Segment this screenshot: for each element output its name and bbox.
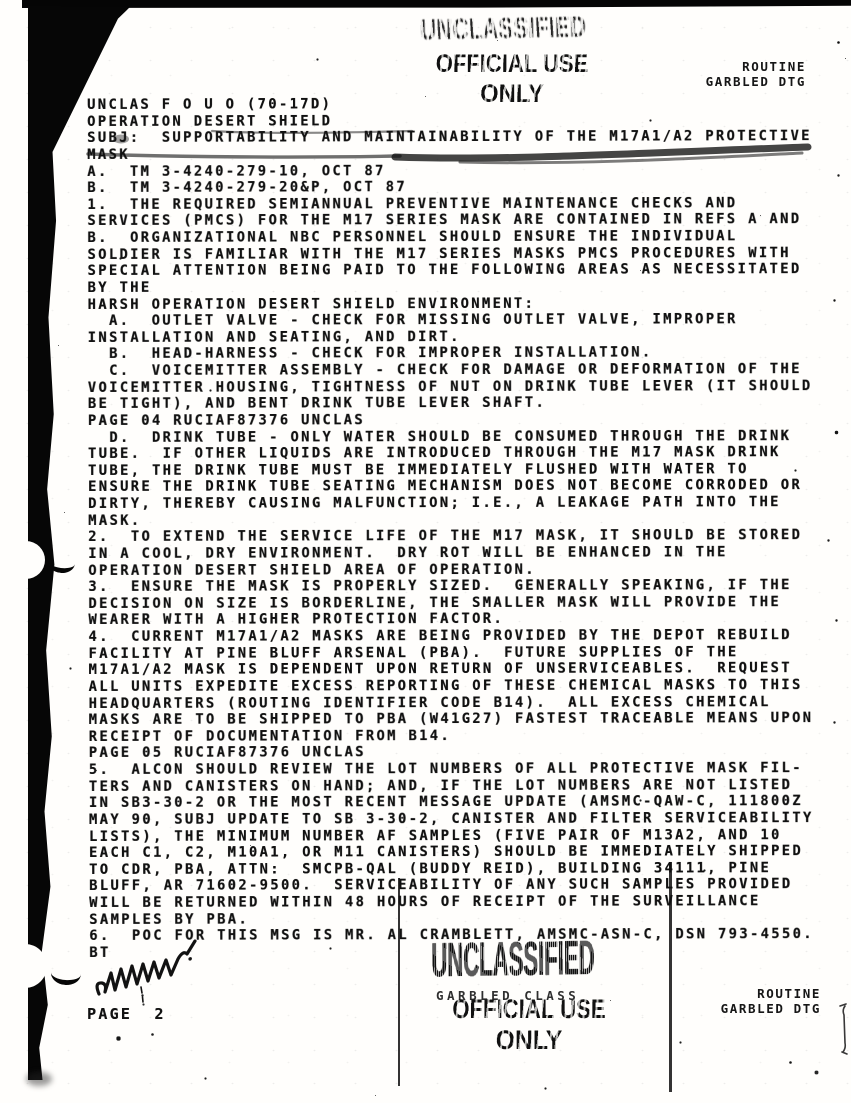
document-text-line: MASK [87, 145, 837, 164]
document-text-line: TUBE. IF OTHER LIQUIDS ARE INTRODUCED TH… [88, 444, 838, 463]
document-text-line: SERVICES (PMCS) FOR THE M17 SERIES MASK … [87, 211, 837, 230]
document-text-line: ALL UNITS EXPEDITE EXCESS REPORTING OF T… [89, 677, 839, 696]
document-text-line: VOICEMITTER HOUSING, TIGHTNESS OF NUT ON… [88, 378, 838, 397]
document-text-line: PAGE 05 RUCIAF87376 UNCLAS [89, 743, 839, 762]
document-text-line: OPERATION DESERT SHIELD [87, 112, 837, 131]
document-text-line: 4. CURRENT M17A1/A2 MASKS ARE BEING PROV… [88, 627, 838, 646]
document-text-line: HARSH OPERATION DESERT SHIELD ENVIRONMEN… [88, 295, 838, 314]
document-text-line: SAMPLES BY PBA. [89, 910, 839, 929]
message-body: UNCLAS F O U O (70-17D)OPERATION DESERT … [87, 95, 839, 961]
document-text-line: DIRTY, THEREBY CAUSING MALFUNCTION; I.E.… [88, 494, 838, 513]
unclassified-stamp-bottom: UNCLASSIFIED [431, 929, 594, 988]
document-text-line: DECISION ON SIZE IS BORDERLINE, THE SMAL… [88, 594, 838, 613]
binder-hole-top [7, 541, 45, 579]
document-text-line: 2. TO EXTEND THE SERVICE LIFE OF THE M17… [88, 527, 838, 546]
scan-edge-fade [26, 1072, 52, 1086]
routing-block-top: ROUTINE GARBLED DTG [706, 59, 806, 89]
garbled-dtg-label: GARBLED DTG [706, 74, 806, 89]
document-text-line: OPERATION DESERT SHIELD AREA OF OPERATIO… [88, 561, 838, 580]
scan-artifact-squiggle [840, 1004, 847, 1054]
official-use-only-stamp-bottom: OFFICIAL USE ONLY [424, 994, 634, 1056]
scan-edge-top-bar [22, 0, 851, 8]
document-text-line: EACH C1, C2, M10A1, OR M11 CANISTERS) SH… [89, 843, 839, 862]
garbled-dtg-label: GARBLED DTG [721, 1001, 821, 1016]
document-text-line: B. TM 3-4240-279-20&P, OCT 87 [87, 178, 837, 197]
routine-label: ROUTINE [721, 986, 821, 1001]
document-text-line: IN SB3-30-2 OR THE MOST RECENT MESSAGE U… [89, 793, 839, 812]
routing-block-bottom: ROUTINE GARBLED DTG [721, 986, 821, 1016]
official-use-line: OFFICIAL USE [415, 50, 609, 79]
document-text-line: SOLDIER IS FAMILIAR WITH THE M17 SERIES … [87, 245, 837, 264]
document-text-line: WILL BE RETURNED WITHIN 48 HOURS OF RECE… [89, 893, 839, 912]
document-text-line: BLUFF, AR 71602-9500. SERVICEABILITY OF … [89, 876, 839, 895]
document-text-line: PAGE 04 RUCIAF87376 UNCLAS [88, 411, 838, 430]
document-text-line: MASKS ARE TO BE SHIPPED TO PBA (W41G27) … [89, 710, 839, 729]
scan-noise-speckles [0, 0, 1, 1]
page-number-label: PAGE 2 [87, 1005, 166, 1023]
document-text-line: BY THE [87, 278, 837, 297]
document-text-line: B. ORGANIZATIONAL NBC PERSONNEL SHOULD E… [87, 228, 837, 247]
document-text-line: M17A1/A2 MASK IS DEPENDENT UPON RETURN O… [88, 660, 838, 679]
document-text-line: B. HEAD-HARNESS - CHECK FOR IMPROPER INS… [88, 344, 838, 363]
unclassified-stamp-top: UNCLASSIFIED [420, 11, 586, 47]
document-text-line: WEARER WITH A HIGHER PROTECTION FACTOR. [88, 610, 838, 629]
document-text-line: HEADQUARTERS (ROUTING IDENTIFIER CODE B1… [89, 694, 839, 713]
official-use-line: OFFICIAL USE [443, 994, 615, 1025]
document-text-line: ENSURE THE DRINK TUBE SEATING MECHANISM … [88, 477, 838, 496]
document-text-line: D. DRINK TUBE - ONLY WATER SHOULD BE CON… [88, 428, 838, 447]
document-text-line: TO CDR, PBA, ATTN: SMCPB-QAL (BUDDY REID… [89, 860, 839, 879]
document-text-line: 1. THE REQUIRED SEMIANNUAL PREVENTIVE MA… [87, 195, 837, 214]
document-text-line: UNCLAS F O U O (70-17D) [87, 95, 837, 114]
document-text-line: A. OUTLET VALVE - CHECK FOR MISSING OUTL… [88, 311, 838, 330]
document-text-line: C. VOICEMITTER ASSEMBLY - CHECK FOR DAMA… [88, 361, 838, 380]
document-text-line: 3. ENSURE THE MASK IS PROPERLY SIZED. GE… [88, 577, 838, 596]
document-text-line: A. TM 3-4240-279-10, OCT 87 [87, 162, 837, 181]
only-line: ONLY [432, 1025, 625, 1056]
document-text-line: SPECIAL ATTENTION BEING PAID TO THE FOLL… [87, 261, 837, 280]
document-text-line: RECEIPT OF DOCUMENTATION FROM B14. [89, 727, 839, 746]
document-text-line: 5. ALCON SHOULD REVIEW THE LOT NUMBERS O… [89, 760, 839, 779]
fold-line-left [398, 878, 400, 1086]
document-text-line: SUBJ: SUPPORTABILITY AND MAINTAINABILITY… [87, 128, 837, 147]
document-text-line: IN A COOL, DRY ENVIRONMENT. DRY ROT WILL… [88, 544, 838, 563]
binder-hole-bottom [3, 944, 47, 988]
binder-hole-shadow-bottom [50, 961, 82, 986]
document-text-line: BE TIGHT), AND BENT DRINK TUBE LEVER SHA… [88, 394, 838, 413]
fold-line-right [669, 862, 672, 1092]
scanned-document-page: UNCLASSIFIED OFFICIAL USE ONLY ROUTINE G… [0, 0, 851, 1103]
document-text-line: TERS AND CANISTERS ON HAND; AND, IF THE … [89, 777, 839, 796]
document-text-line: INSTALLATION AND SEATING, AND DIRT. [88, 328, 838, 347]
document-text-line: LISTS), THE MINIMUM NUMBER AF SAMPLES (F… [89, 827, 839, 846]
document-text-line: MAY 90, SUBJ UPDATE TO SB 3-30-2, CANIST… [89, 810, 839, 829]
document-text-line: FACILITY AT PINE BLUFF ARSENAL (PBA). FU… [88, 644, 838, 663]
document-text-line: TUBE, THE DRINK TUBE MUST BE IMMEDIATELY… [88, 461, 838, 480]
document-text-line: MASK. [88, 511, 838, 530]
routine-label: ROUTINE [706, 59, 806, 74]
